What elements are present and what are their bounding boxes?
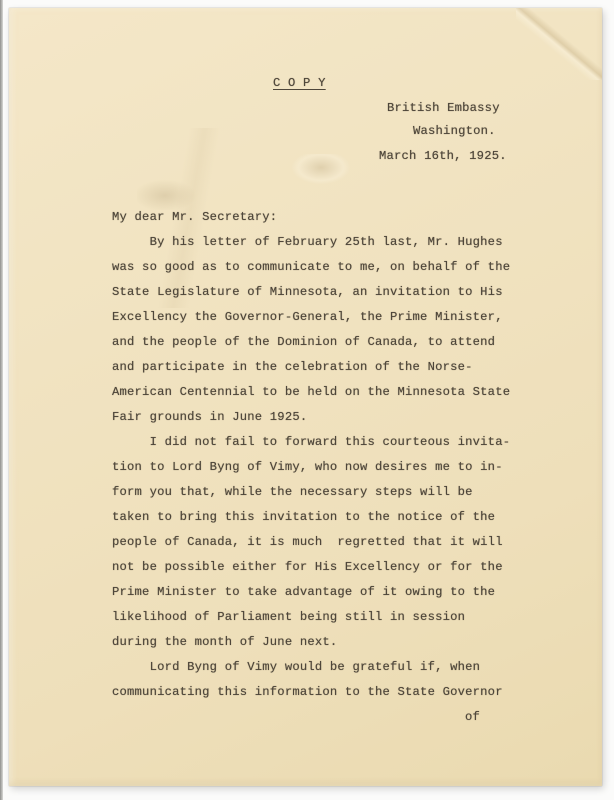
letter-line: form you that, while the necessary steps… xyxy=(112,480,510,505)
letter-line: communicating this information to the St… xyxy=(112,680,510,705)
letter-line: tion to Lord Byng of Vimy, who now desir… xyxy=(112,455,510,480)
letter-line: I did not fail to forward this courteous… xyxy=(112,430,510,455)
letter-line: By his letter of February 25th last, Mr.… xyxy=(112,230,510,255)
catchword: of xyxy=(112,705,510,730)
letter-page: C O P Y British Embassy Washington. Marc… xyxy=(9,8,602,786)
copy-heading: C O P Y xyxy=(273,76,326,90)
salutation: My dear Mr. Secretary: xyxy=(112,205,510,230)
letter-line: State Legislature of Minnesota, an invit… xyxy=(112,280,510,305)
letter-line: not be possible either for His Excellenc… xyxy=(112,555,510,580)
letter-line: people of Canada, it is much regretted t… xyxy=(112,530,510,555)
letter-line: likelihood of Parliament being still in … xyxy=(112,605,510,630)
letter-line: during the month of June next. xyxy=(112,630,510,655)
letter-body: My dear Mr. Secretary: By his letter of … xyxy=(112,205,510,730)
scan-edge-shadow xyxy=(0,0,3,800)
letter-line: and the people of the Dominion of Canada… xyxy=(112,330,510,355)
paper-corner-fold xyxy=(516,8,602,80)
scanned-document: C O P Y British Embassy Washington. Marc… xyxy=(0,0,614,800)
origin-date: March 16th, 1925. xyxy=(379,149,507,163)
letter-line: was so good as to communicate to me, on … xyxy=(112,255,510,280)
letter-line: Excellency the Governor-General, the Pri… xyxy=(112,305,510,330)
letter-line: taken to bring this invitation to the no… xyxy=(112,505,510,530)
letter-line: Fair grounds in June 1925. xyxy=(112,405,510,430)
letter-line: Lord Byng of Vimy would be grateful if, … xyxy=(112,655,510,680)
origin-embassy: British Embassy xyxy=(387,101,500,115)
letter-line: and participate in the celebration of th… xyxy=(112,355,510,380)
letter-line: Prime Minister to take advantage of it o… xyxy=(112,580,510,605)
origin-city: Washington. xyxy=(413,124,496,138)
letter-line: American Centennial to be held on the Mi… xyxy=(112,380,510,405)
